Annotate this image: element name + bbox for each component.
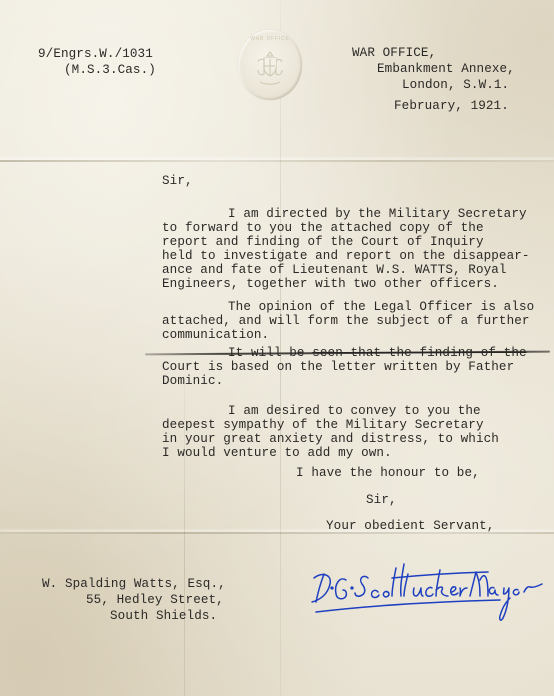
paragraph-1-line-1: I am directed by the Military Secretary bbox=[228, 207, 527, 221]
letter-page: 9/Engrs.W./1031 (M.S.3.Cas.) WAR OFFICE … bbox=[0, 0, 554, 696]
paragraph-1-line-4: held to investigate and report on the di… bbox=[162, 249, 530, 263]
royal-crest-icon bbox=[256, 48, 284, 88]
paragraph-4-line-2: deepest sympathy of the Military Secreta… bbox=[162, 418, 484, 432]
paragraph-1-line-3: report and finding of the Court of Inqui… bbox=[162, 235, 484, 249]
recipient-town: South Shields. bbox=[110, 609, 217, 623]
paragraph-4-line-1: I am desired to convey to you the bbox=[228, 404, 481, 418]
salutation: Sir, bbox=[162, 174, 193, 188]
paragraph-2-line-2: attached, and will form the subject of a… bbox=[162, 314, 530, 328]
paragraph-1-line-2: to forward to you the attached copy of t… bbox=[162, 221, 484, 235]
sender-address-line-1: WAR OFFICE, bbox=[352, 46, 436, 60]
sender-address-line-3: London, S.W.1. bbox=[402, 78, 509, 92]
recipient-street: 55, Hedley Street, bbox=[86, 593, 224, 607]
horizontal-fold-crease-upper bbox=[0, 160, 554, 162]
closing-line-1: I have the honour to be, bbox=[296, 466, 480, 480]
closing-line-3: Your obedient Servant, bbox=[326, 519, 494, 533]
seal-text: WAR OFFICE bbox=[238, 36, 302, 42]
paragraph-2-line-3: communication. bbox=[162, 328, 269, 342]
recipient-name: W. Spalding Watts, Esq., bbox=[42, 577, 226, 591]
closing-line-2: Sir, bbox=[366, 493, 397, 507]
war-office-embossed-seal: WAR OFFICE bbox=[238, 30, 302, 100]
letter-date: February, 1921. bbox=[394, 99, 509, 113]
reference-department: (M.S.3.Cas.) bbox=[64, 63, 156, 77]
reference-number: 9/Engrs.W./1031 bbox=[38, 47, 153, 61]
paragraph-4-line-4: I would venture to add my own. bbox=[162, 446, 392, 460]
handwritten-signature: D.G. Scott Tucker Major bbox=[300, 558, 554, 648]
paragraph-4-line-3: in your great anxiety and distress, to w… bbox=[162, 432, 499, 446]
paragraph-3-line-3: Dominic. bbox=[162, 374, 223, 388]
sender-address-line-2: Embankment Annexe, bbox=[377, 62, 515, 76]
paragraph-1-line-5: ance and fate of Lieutenant W.S. WATTS, … bbox=[162, 263, 507, 277]
paragraph-1-line-6: Engineers, together with two other offic… bbox=[162, 277, 499, 291]
paragraph-2-line-1: The opinion of the Legal Officer is also bbox=[228, 300, 534, 314]
paragraph-3-line-2: Court is based on the letter written by … bbox=[162, 360, 514, 374]
